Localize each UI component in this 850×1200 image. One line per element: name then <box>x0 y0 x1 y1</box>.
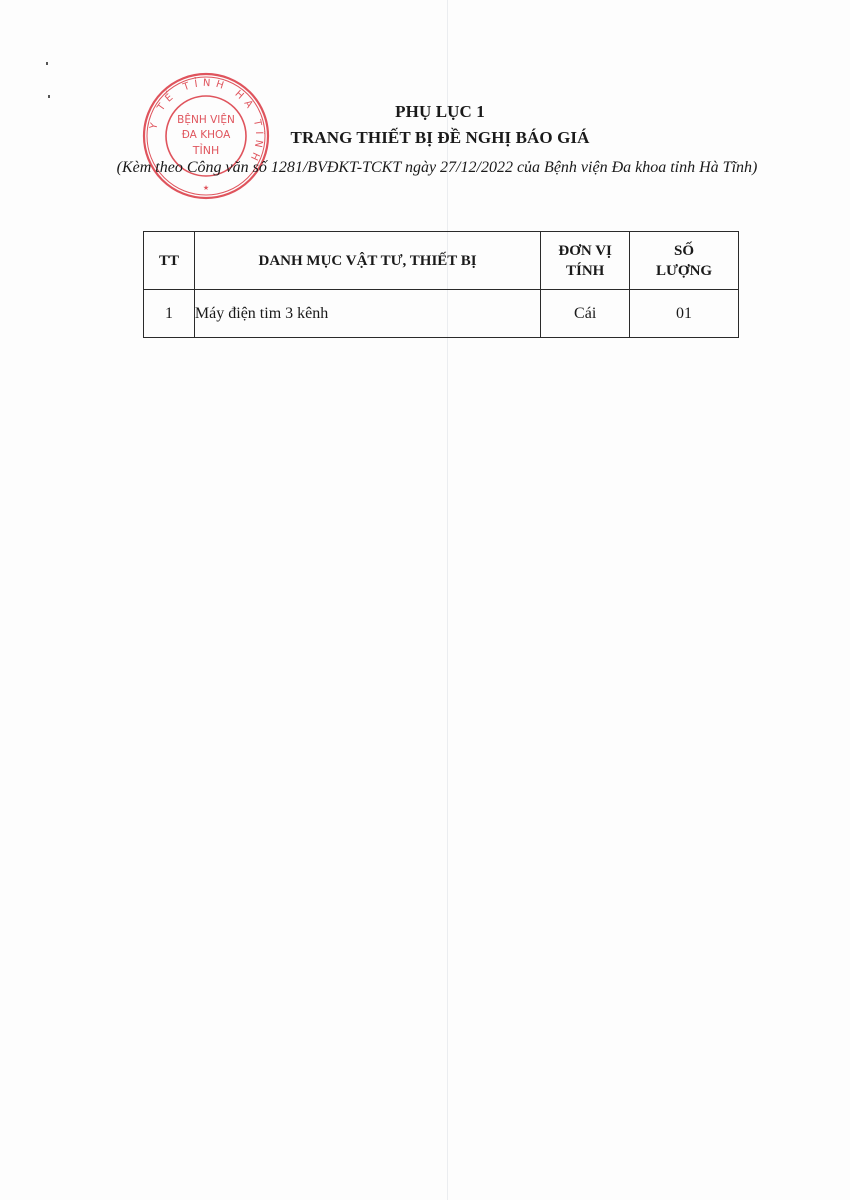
cell-unit: Cái <box>541 290 630 338</box>
cell-quantity: 01 <box>630 290 739 338</box>
table-row: 1 Máy điện tim 3 kênh Cái 01 <box>144 290 739 338</box>
cell-item-name: Máy điện tim 3 kênh <box>194 290 540 338</box>
header-unit-line2: TÍNH <box>566 263 604 279</box>
table-header-row: TT DANH MỤC VẬT TƯ, THIẾT BỊ ĐƠN VỊ TÍNH… <box>144 232 739 290</box>
equipment-table: TT DANH MỤC VẬT TƯ, THIẾT BỊ ĐƠN VỊ TÍNH… <box>143 231 739 338</box>
header-item-name: DANH MỤC VẬT TƯ, THIẾT BỊ <box>194 232 540 290</box>
scan-speck <box>46 62 48 65</box>
appendix-subtitle: (Kèm theo Công văn số 1281/BVĐKT-TCKT ng… <box>100 156 774 179</box>
header-qty-line1: SỐ <box>674 243 694 259</box>
appendix-title: TRANG THIẾT BỊ ĐỀ NGHỊ BÁO GIÁ <box>0 128 850 148</box>
header-unit-line1: ĐƠN VỊ <box>558 243 611 259</box>
scan-speck <box>48 95 50 98</box>
header-unit: ĐƠN VỊ TÍNH <box>541 232 630 290</box>
appendix-heading: PHỤ LỤC 1 <box>0 102 850 122</box>
header-qty-line2: LƯỢNG <box>656 263 712 279</box>
header-tt: TT <box>144 232 195 290</box>
stamp-star-icon: ★ <box>203 184 209 192</box>
cell-tt: 1 <box>144 290 195 338</box>
header-quantity: SỐ LƯỢNG <box>630 232 739 290</box>
scan-fold-line <box>447 0 448 1200</box>
